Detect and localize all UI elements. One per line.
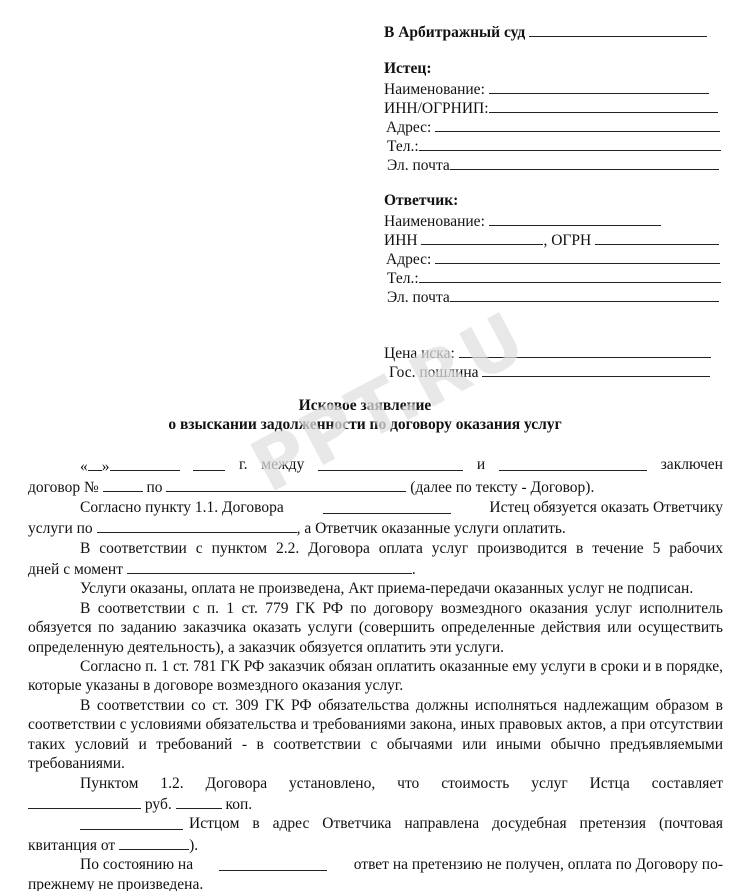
plaintiff-phone-line: Тел.: — [387, 135, 721, 154]
defendant-ogrn-field[interactable] — [595, 229, 719, 245]
document-body: «» г. между и заключен договор № по (дал… — [28, 455, 723, 891]
defendant-email-field[interactable] — [450, 286, 719, 302]
payment-moment-field[interactable] — [127, 558, 412, 574]
month-field[interactable] — [110, 455, 180, 471]
contract-no-label: договор № — [28, 479, 99, 496]
defendant-email-line: Эл. почта — [387, 286, 719, 305]
p2-mid: Истец обязуется оказать Ответчику — [489, 498, 723, 517]
defendant-name-line: Наименование: — [384, 210, 661, 229]
defendant-address-field[interactable] — [435, 248, 720, 264]
state-fee-line: Гос. пошлина — [389, 361, 710, 380]
contract-subject-field[interactable] — [166, 476, 406, 492]
document-subtitle: о взыскании задолженности по договору ок… — [0, 416, 734, 434]
claim-date-field[interactable] — [80, 814, 183, 830]
paragraph-9-line-2: квитанция от ). — [28, 834, 723, 855]
services-field[interactable] — [97, 517, 297, 533]
between-text: между — [261, 455, 304, 476]
plaintiff-address-line: Адрес: — [386, 116, 720, 135]
plaintiff-phone-field[interactable] — [419, 135, 721, 151]
defendant-address-label: Адрес: — [386, 251, 431, 268]
paragraph-6: Согласно п. 1 ст. 781 ГК РФ заказчик обя… — [28, 657, 723, 696]
kop-label: коп. — [225, 796, 252, 813]
plaintiff-inn-line: ИНН/ОГРНИП: — [384, 97, 718, 116]
p3-line2-start: дней с момент — [28, 561, 123, 578]
plaintiff-address-field[interactable] — [435, 116, 720, 132]
paragraph-10-line-2: прежнему не произведена. — [28, 875, 723, 891]
defendant-email-label: Эл. почта — [387, 289, 450, 306]
p2-line2-start: услуги по — [28, 520, 93, 537]
and-text: и — [477, 455, 485, 476]
po-text: по — [146, 479, 162, 496]
defendant-inn-label: ИНН — [384, 232, 418, 249]
rub-field[interactable] — [28, 793, 141, 809]
party-b-field[interactable] — [499, 455, 647, 471]
year-field[interactable] — [193, 455, 225, 471]
p9-line2-end: ). — [189, 837, 198, 854]
paragraph-2-line-1: Согласно пункту 1.1. Договора Истец обяз… — [28, 498, 723, 517]
paragraph-8-line-1: Пунктом 1.2. Договора установлено, что с… — [28, 774, 723, 793]
receipt-date-field[interactable] — [119, 834, 189, 850]
paragraph-2-line-2: услуги по , а Ответчик оказанные услуги … — [28, 517, 723, 538]
court-line: В Арбитражный суд — [384, 21, 707, 40]
court-name-field[interactable] — [529, 21, 707, 37]
p2-start: Согласно пункту 1.1. Договора — [80, 498, 284, 517]
document-title: Исковое заявление — [0, 397, 734, 415]
defendant-phone-field[interactable] — [419, 267, 721, 283]
status-date-field[interactable] — [219, 855, 327, 871]
quote-close: » — [102, 458, 110, 475]
plaintiff-email-label: Эл. почта — [387, 157, 450, 174]
p10-end: ответ на претензию не получен, оплата по… — [354, 855, 723, 874]
plaintiff-email-field[interactable] — [450, 154, 719, 170]
plaintiff-phone-label: Тел.: — [387, 138, 419, 155]
defendant-title: Ответчик: — [384, 191, 458, 210]
contract-number-field[interactable] — [103, 476, 143, 492]
state-fee-field[interactable] — [482, 361, 710, 377]
paragraph-10-line-1: По состоянию на ответ на претензию не по… — [28, 855, 723, 874]
year-suffix: г. — [239, 455, 247, 476]
defendant-name-label: Наименование: — [384, 213, 485, 230]
state-fee-label: Гос. пошлина — [389, 364, 479, 381]
plaintiff-inn-label: ИНН/ОГРНИП: — [384, 100, 489, 117]
claim-price-line: Цена иска: — [384, 342, 711, 361]
defendant-ogrn-label: , ОГРН — [543, 232, 591, 249]
plaintiff-name-label: Наименование: — [384, 81, 485, 98]
paragraph-3-line-2: дней с момент . — [28, 558, 723, 579]
quote-open: « — [80, 458, 88, 475]
plaintiff-inn-field[interactable] — [489, 97, 718, 113]
kop-field[interactable] — [176, 793, 222, 809]
p10-start: По состоянию на — [80, 855, 193, 874]
paragraph-1-line-1: «» г. между и заключен — [28, 455, 723, 476]
defendant-address-line: Адрес: — [386, 248, 720, 267]
p2-line2-end: , а Ответчик оказанные услуги оплатить. — [297, 520, 566, 537]
defendant-inn-field[interactable] — [421, 229, 543, 245]
plaintiff-name-field[interactable] — [489, 78, 709, 94]
defendant-name-field[interactable] — [489, 210, 661, 226]
claim-price-field[interactable] — [459, 342, 711, 358]
plaintiff-name-line: Наименование: — [384, 78, 709, 97]
paragraph-4: Услуги оказаны, оплата не произведена, А… — [28, 579, 723, 598]
paragraph-5: В соответствии с п. 1 ст. 779 ГК РФ по д… — [28, 599, 723, 657]
paragraph-8-line-2: руб. коп. — [28, 793, 723, 814]
day-field[interactable] — [88, 455, 102, 471]
paragraph-7: В соответствии со ст. 309 ГК РФ обязател… — [28, 696, 723, 774]
plaintiff-email-line: Эл. почта — [387, 154, 719, 173]
hereinafter-text: (далее по тексту - Договор). — [410, 479, 594, 496]
defendant-inn-line: ИНН , ОГРН — [384, 229, 719, 248]
paragraph-9-line-1: Истцом в адрес Ответчика направлена досу… — [28, 814, 723, 833]
defendant-phone-label: Тел.: — [387, 270, 419, 287]
concluded-text: заключен — [661, 455, 723, 476]
p3-line2-end: . — [412, 561, 416, 578]
paragraph-3-line-1: В соответствии с пунктом 2.2. Договора о… — [28, 539, 723, 558]
contract-clause-field[interactable] — [323, 498, 451, 514]
p9-line2-start: квитанция от — [28, 837, 115, 854]
claim-price-label: Цена иска: — [384, 345, 455, 362]
defendant-phone-line: Тел.: — [387, 267, 721, 286]
plaintiff-address-label: Адрес: — [386, 119, 431, 136]
plaintiff-title: Истец: — [384, 59, 432, 78]
rub-label: руб. — [145, 796, 172, 813]
party-a-field[interactable] — [318, 455, 463, 471]
court-label: В Арбитражный суд — [384, 24, 525, 41]
paragraph-1-line-2: договор № по (далее по тексту - Договор)… — [28, 476, 723, 497]
p9-line1: Истцом в адрес Ответчика направлена досу… — [183, 814, 723, 833]
